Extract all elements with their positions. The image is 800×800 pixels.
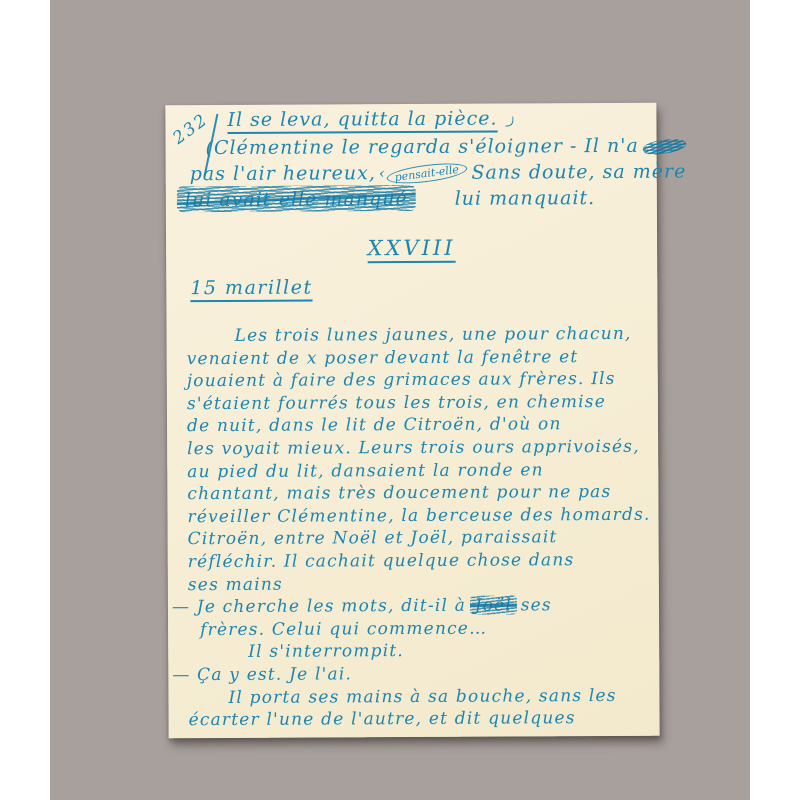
manuscript-line: réveiller Clémentine, la berceuse des ho… — [187, 503, 654, 528]
manuscript-line: Les trois lunes jaunes, une pour chacun, — [234, 323, 653, 348]
line-text: réfléchir. Il cachait quelque chose dans — [188, 550, 575, 572]
manuscript-line: s'étaient fourrés tous les trois, en che… — [187, 391, 654, 416]
line-text: Il s'interrompit. — [248, 641, 404, 662]
opening-line-3: pas l'air heureux,‹pensait-elleSans dout… — [190, 159, 657, 187]
manuscript-line: les voyait mieux. Leurs trois ours appri… — [187, 436, 654, 461]
line-text: frères. Celui qui commence… — [200, 618, 487, 640]
line-text: écarter l'une de l'autre, et dit quelque… — [189, 708, 576, 730]
manuscript-line: venaient de x poser devant la fenêtre et — [187, 345, 654, 370]
line-text: Il porta ses mains à sa bouche, sans les — [228, 685, 616, 707]
chapter-heading-text: XXVIII — [368, 236, 456, 260]
opening-header-text: Il se leva, quitta la pièce. — [227, 108, 497, 131]
manuscript-line: au pied du lit, dansaient la ronde en — [187, 458, 654, 483]
line-text: de nuit, dans le lit de Citroën, d'où on — [187, 415, 562, 437]
manuscript-line: de nuit, dans le lit de Citroën, d'où on — [187, 413, 654, 438]
manuscript-line: ses mains — [188, 571, 655, 596]
date-heading-text: 15 marillet — [190, 277, 312, 300]
line-text: réveiller Clémentine, la berceuse des ho… — [187, 505, 650, 527]
manuscript-line: frères. Celui qui commence… — [200, 616, 655, 641]
line-text: au pied du lit, dansaient la ronde en — [187, 460, 544, 482]
insert-tick-mark — [506, 116, 514, 126]
opening-line-3-end: Sans doute, sa mère — [471, 161, 686, 184]
manuscript-line: — Je cherche les mots, dit-il à Joël ses — [172, 594, 655, 619]
manuscript-line: Citroën, entre Noël et Joël, paraissait — [188, 526, 655, 551]
opening-paragraph: Il se leva, quitta la pièce. (Clémentine… — [165, 105, 657, 214]
opening-line-2-text: (Clémentine le regarda s'éloigner - Il n… — [206, 135, 639, 159]
line-text: venaient de x poser devant la fenêtre et — [187, 347, 579, 369]
manuscript-body: Les trois lunes jaunes, une pour chacun,… — [186, 323, 655, 732]
opening-line-3-start: pas l'air heureux, — [190, 162, 376, 185]
manuscript-line: — Ça y est. Je l'ai. — [172, 662, 655, 687]
manuscript-line: Il porta ses mains à sa bouche, sans les — [228, 684, 655, 709]
manuscript-line: jouaient à faire des grimaces aux frères… — [187, 368, 654, 393]
line-text: chantant, mais très doucement pour ne pa… — [187, 482, 611, 504]
opening-line-4: lui avait-elle manquélui manquait. — [182, 185, 657, 213]
gray-background: 232 Il se leva, quitta la pièce. (Clémen… — [50, 0, 750, 800]
manuscript-line: chantant, mais très doucement pour ne pa… — [187, 481, 654, 506]
line-text: ses — [514, 595, 552, 615]
manuscript-line: réfléchir. Il cachait quelque chose dans — [188, 549, 655, 574]
line-text: — Ça y est. Je l'ai. — [172, 664, 352, 685]
opening-line-4-end: lui manquait. — [455, 187, 596, 210]
line-text: Citroën, entre Noël et Joël, paraissait — [188, 528, 558, 550]
line-text: les voyait mieux. Leurs trois ours appri… — [187, 437, 640, 459]
line-text: s'étaient fourrés tous les trois, en che… — [187, 392, 606, 414]
manuscript-page: 232 Il se leva, quitta la pièce. (Clémen… — [165, 103, 659, 739]
caret-mark: ‹ — [379, 164, 386, 182]
date-heading: 15 marillet — [190, 277, 312, 300]
opening-header: Il se leva, quitta la pièce. — [227, 105, 656, 133]
line-text: ses mains — [188, 574, 283, 594]
circled-insertion: pensait-elle — [386, 160, 468, 187]
scribble-mark — [642, 136, 688, 157]
line-text: jouaient à faire des grimaces aux frères… — [187, 369, 616, 391]
photo-backdrop: 232 Il se leva, quitta la pièce. (Clémen… — [0, 0, 800, 800]
line-text: — Je cherche les mots, dit-il à — [172, 596, 473, 618]
manuscript-line: Il s'interrompit. — [248, 639, 655, 664]
manuscript-line: écarter l'une de l'autre, et dit quelque… — [189, 707, 656, 732]
chapter-heading: XXVIII — [166, 235, 657, 262]
line-text: Les trois lunes jaunes, une pour chacun, — [235, 324, 632, 346]
struck-word: Joël — [473, 595, 514, 618]
opening-line-2: (Clémentine le regarda s'éloigner - Il n… — [206, 133, 657, 161]
struck-out-text: lui avait-elle manqué — [182, 186, 411, 213]
